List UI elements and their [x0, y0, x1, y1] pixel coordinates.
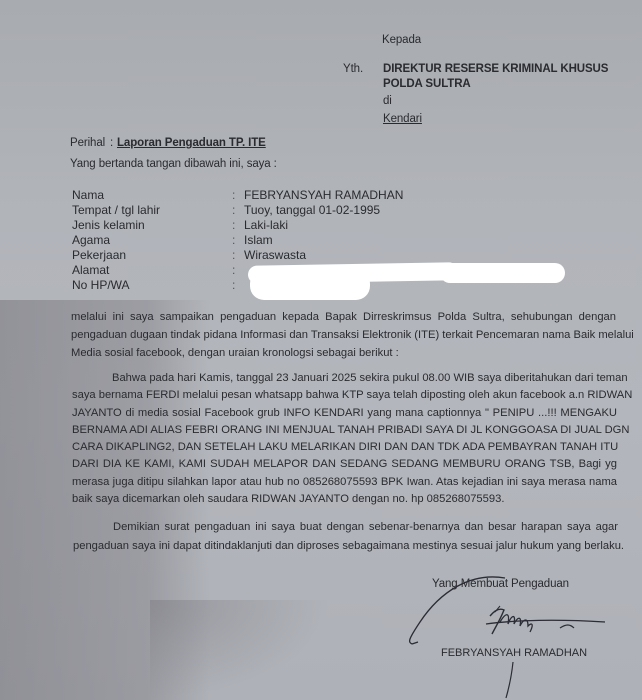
identity-label: Agama	[72, 233, 110, 247]
subject-label: Perihal	[70, 137, 105, 149]
identity-value: :	[232, 263, 244, 277]
yth-label: Yth.	[343, 63, 363, 75]
chronology-line: merasa juga ditipu silahkan lapor atau h…	[72, 474, 617, 491]
handwritten-signature-icon	[400, 572, 642, 700]
kepada-label: Kepada	[382, 34, 421, 46]
redaction-phone	[250, 270, 370, 300]
opening-line: melalui ini saya sampaikan pengaduan kep…	[71, 308, 616, 326]
subject-value: Laporan Pengaduan TP. ITE	[117, 137, 266, 149]
opening-paragraph: melalui ini saya sampaikan pengaduan kep…	[71, 308, 616, 362]
opening-line: Media sosial facebook, dengan uraian kro…	[71, 344, 616, 362]
identity-value-text: Laki-laki	[244, 218, 288, 232]
identity-label: No HP/WA	[72, 278, 130, 292]
identity-value: :Wiraswasta	[232, 248, 306, 262]
identity-value: :	[232, 278, 244, 292]
identity-colon: :	[232, 188, 244, 202]
identity-value-text: FEBRYANSYAH RAMADHAN	[244, 188, 403, 202]
signature-name: FEBRYANSYAH RAMADHAN	[441, 647, 587, 659]
identity-label: Pekerjaan	[72, 248, 126, 262]
identity-label: Jenis kelamin	[72, 218, 145, 232]
chronology-line: saya bernama FERDI melalui pesan whatsap…	[72, 387, 617, 404]
identity-colon: :	[232, 218, 244, 232]
closing-paragraph: Demikian surat pengaduan ini saya buat d…	[73, 518, 618, 556]
identity-colon: :	[232, 203, 244, 217]
chronology-line: Bahwa pada hari Kamis, tanggal 23 Januar…	[72, 370, 617, 387]
closing-line: Demikian surat pengaduan ini saya buat d…	[73, 518, 618, 537]
identity-value: :Islam	[232, 233, 273, 247]
chronology-line: baik saya dicemarkan oleh saudara RIDWAN…	[72, 491, 617, 508]
identity-label: Nama	[72, 188, 104, 202]
opening-line: pengaduan dugaan tindak pidana Informasi…	[71, 326, 616, 344]
identity-label: Alamat	[72, 263, 109, 277]
identity-value-text: Wiraswasta	[244, 248, 306, 262]
subject-colon: :	[110, 137, 113, 149]
intro-text: Yang bertanda tangan dibawah ini, saya :	[70, 158, 277, 170]
chronology-line: CARA DIKAPLING2, DAN SETELAH LAKU MELARI…	[72, 439, 617, 456]
chronology-paragraph: Bahwa pada hari Kamis, tanggal 23 Januar…	[72, 370, 617, 508]
redaction-address-end	[440, 263, 565, 283]
identity-value-text: Islam	[244, 233, 273, 247]
identity-colon: :	[232, 233, 244, 247]
recipient-title-line1: DIREKTUR RESERSE KRIMINAL KHUSUS	[383, 63, 608, 75]
recipient-city: Kendari	[383, 113, 422, 125]
chronology-line: JAYANTO di media sosial Facebook grub IN…	[72, 405, 617, 422]
recipient-title-line2: POLDA SULTRA	[383, 78, 471, 90]
chronology-line: DARI DIA KE KAMI, KAMI SUDAH MELAPOR DAN…	[72, 456, 617, 473]
identity-colon: :	[232, 263, 244, 277]
chronology-line: BERNAMA ADI ALIAS FEBRI ORANG INI MENJUA…	[72, 422, 617, 439]
identity-label: Tempat / tgl lahir	[72, 203, 160, 217]
identity-value: :Laki-laki	[232, 218, 288, 232]
identity-colon: :	[232, 248, 244, 262]
identity-value-text: Tuoy, tanggal 01-02-1995	[244, 203, 380, 217]
photo-shadow-lower	[150, 600, 330, 700]
signature-caption: Yang Membuat Pengaduan	[432, 578, 569, 590]
recipient-di: di	[383, 95, 392, 107]
closing-line: pengaduan saya ini dapat ditindaklanjuti…	[73, 537, 618, 556]
identity-colon: :	[232, 278, 244, 292]
identity-value: :FEBRYANSYAH RAMADHAN	[232, 188, 403, 202]
identity-value: :Tuoy, tanggal 01-02-1995	[232, 203, 380, 217]
